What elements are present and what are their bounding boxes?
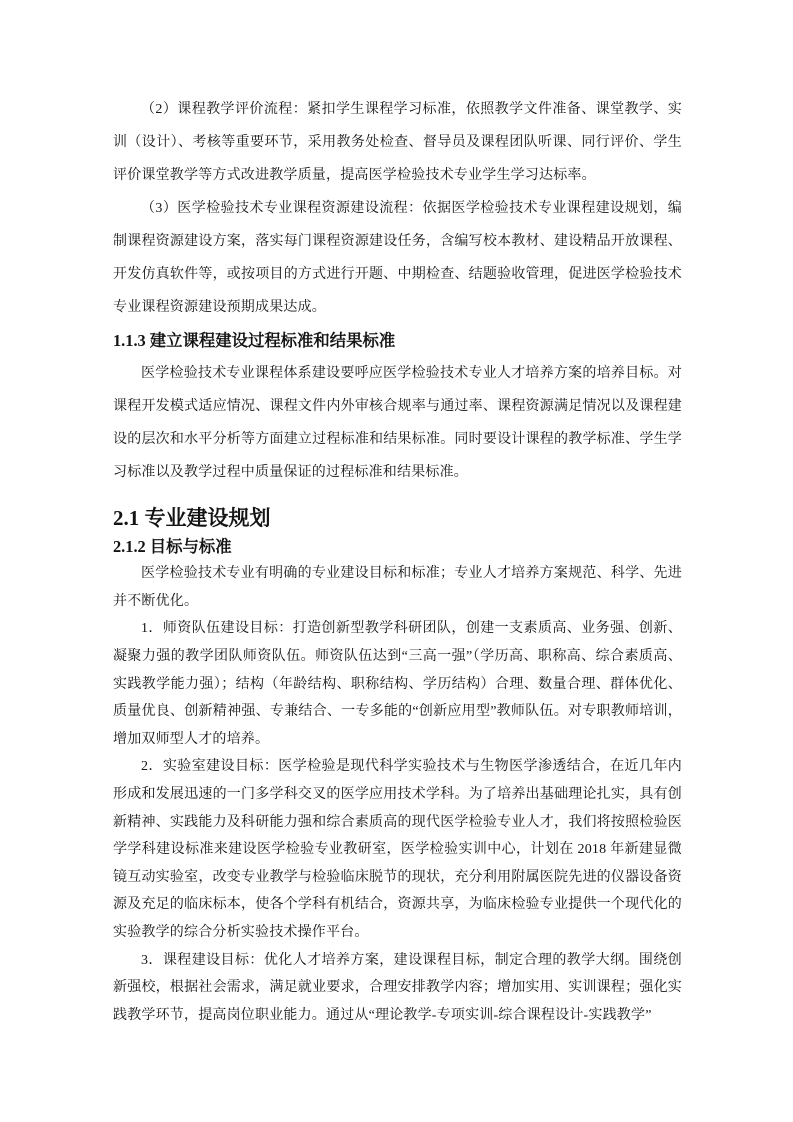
heading-2-1-2: 2.1.2 目标与标准	[113, 533, 682, 561]
document-page: （2）课程教学评价流程：紧扣学生课程学习标准，依照教学文件准备、课堂教学、实训（…	[0, 0, 793, 1122]
paragraph-goals-and-standards-intro: 医学检验技术专业有明确的专业建设目标和标准；专业人才培养方案规范、科学、先进并不…	[113, 560, 682, 615]
section-major-construction-plan: 2.1 专业建设规划 2.1.2 目标与标准 医学检验技术专业有明确的专业建设目…	[113, 505, 682, 1029]
page-content: （2）课程教学评价流程：紧扣学生课程学习标准，依照教学文件准备、课堂教学、实训（…	[0, 0, 793, 1029]
heading-2-1: 2.1 专业建设规划	[113, 505, 682, 533]
heading-1-1-3: 1.1.3 建立课程建设过程标准和结果标准	[113, 324, 682, 357]
paragraph-course-teaching-evaluation-flow: （2）课程教学评价流程：紧扣学生课程学习标准，依照教学文件准备、课堂教学、实训（…	[113, 93, 682, 192]
paragraph-process-and-result-standards: 医学检验技术专业课程体系建设要呼应医学检验技术专业人才培养方案的培养目标。对课程…	[113, 357, 682, 489]
section-course-standards: （2）课程教学评价流程：紧扣学生课程学习标准，依照教学文件准备、课堂教学、实训（…	[113, 93, 682, 489]
paragraph-course-resource-construction-flow: （3）医学检验技术专业课程资源建设流程：依据医学检验技术专业课程建设规划，编制课…	[113, 192, 682, 324]
paragraph-faculty-team-goal: 1．师资队伍建设目标：打造创新型教学科研团队，创建一支素质高、业务强、创新、凝聚…	[113, 615, 682, 753]
paragraph-course-construction-goal: 3．课程建设目标：优化人才培养方案，建设课程目标，制定合理的教学大纲。围绕创新强…	[113, 947, 682, 1030]
paragraph-laboratory-construction-goal: 2．实验室建设目标：医学检验是现代科学实验技术与生物医学渗透结合，在近几年内形成…	[113, 753, 682, 946]
